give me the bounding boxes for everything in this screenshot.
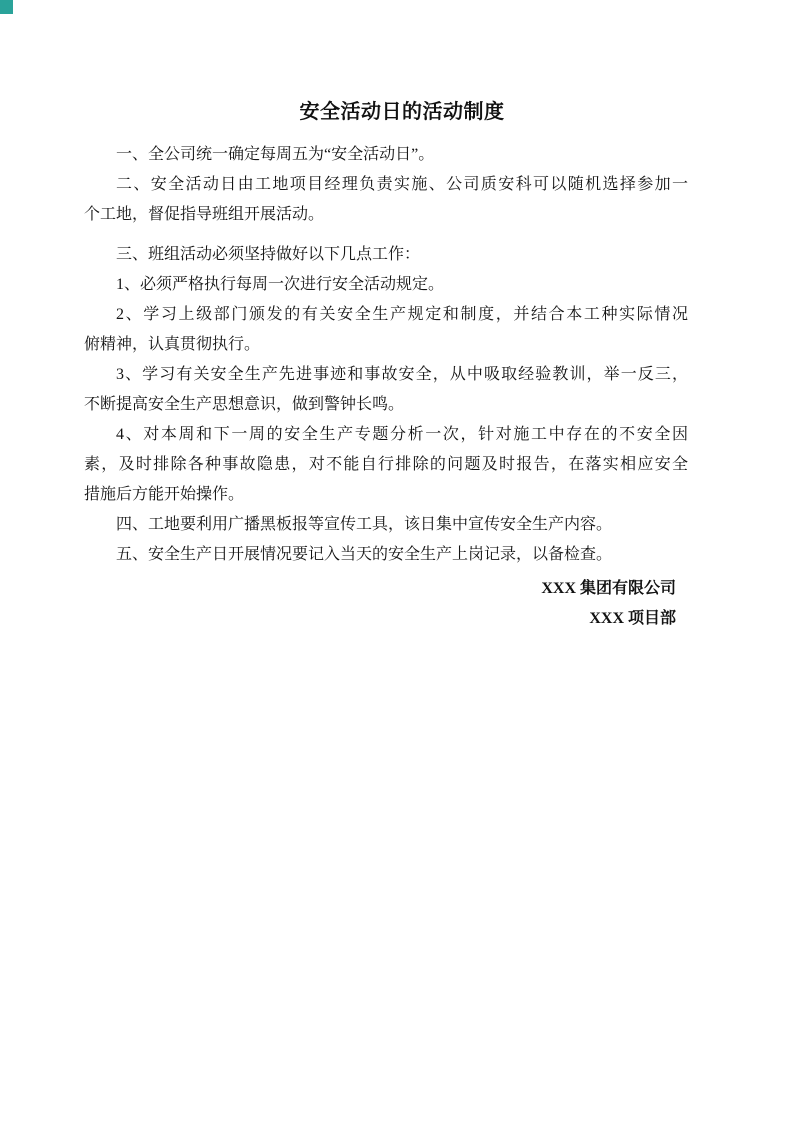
text-line: 3、学习有关安全生产先进事迹和事故安全，从中吸取经验教训，举一反三， xyxy=(84,360,688,390)
signature-company: XXX 集团有限公司 xyxy=(84,574,676,604)
paragraph: 3、学习有关安全生产先进事迹和事故安全，从中吸取经验教训，举一反三，不断提高安全… xyxy=(84,360,688,420)
document-title: 安全活动日的活动制度 xyxy=(84,96,688,128)
text-line: 俯精神，认真贯彻执行。 xyxy=(84,330,688,360)
paragraph: 三、班组活动必须坚持做好以下几点工作： xyxy=(84,240,688,270)
text-line: 个工地，督促指导班组开展活动。 xyxy=(84,200,688,230)
document-page: 安全活动日的活动制度 一、全公司统一确定每周五为“安全活动日”。二、安全活动日由… xyxy=(0,0,793,1122)
paragraph: 1、必须严格执行每周一次进行安全活动规定。 xyxy=(84,270,688,300)
text-line: 4、对本周和下一周的安全生产专题分析一次，针对施工中存在的不安全因 xyxy=(84,420,688,450)
signature-block: XXX 集团有限公司 XXX 项目部 xyxy=(84,574,688,634)
text-line: 2、学习上级部门颁发的有关安全生产规定和制度，并结合本工种实际情况 xyxy=(84,300,688,330)
text-line: 1、必须严格执行每周一次进行安全活动规定。 xyxy=(84,270,688,300)
text-line: 不断提高安全生产思想意识，做到警钟长鸣。 xyxy=(84,390,688,420)
document-body: 一、全公司统一确定每周五为“安全活动日”。二、安全活动日由工地项目经理负责实施、… xyxy=(84,140,688,570)
text-line: 一、全公司统一确定每周五为“安全活动日”。 xyxy=(84,140,688,170)
corner-marker xyxy=(0,0,13,14)
document-content: 安全活动日的活动制度 一、全公司统一确定每周五为“安全活动日”。二、安全活动日由… xyxy=(84,0,688,634)
text-line: 五、安全生产日开展情况要记入当天的安全生产上岗记录，以备检查。 xyxy=(84,540,688,570)
paragraph: 四、工地要利用广播黑板报等宣传工具，该日集中宣传安全生产内容。 xyxy=(84,510,688,540)
text-line: 二、安全活动日由工地项目经理负责实施、公司质安科可以随机选择参加一 xyxy=(84,170,688,200)
text-line: 四、工地要利用广播黑板报等宣传工具，该日集中宣传安全生产内容。 xyxy=(84,510,688,540)
paragraph: 一、全公司统一确定每周五为“安全活动日”。 xyxy=(84,140,688,170)
paragraph: 五、安全生产日开展情况要记入当天的安全生产上岗记录，以备检查。 xyxy=(84,540,688,570)
paragraph: 2、学习上级部门颁发的有关安全生产规定和制度，并结合本工种实际情况俯精神，认真贯… xyxy=(84,300,688,360)
paragraph: 4、对本周和下一周的安全生产专题分析一次，针对施工中存在的不安全因素，及时排除各… xyxy=(84,420,688,510)
text-line: 措施后方能开始操作。 xyxy=(84,480,688,510)
paragraph: 二、安全活动日由工地项目经理负责实施、公司质安科可以随机选择参加一个工地，督促指… xyxy=(84,170,688,230)
signature-department: XXX 项目部 xyxy=(84,604,676,634)
text-line: 素，及时排除各种事故隐患，对不能自行排除的问题及时报告，在落实相应安全 xyxy=(84,450,688,480)
text-line: 三、班组活动必须坚持做好以下几点工作： xyxy=(84,240,688,270)
